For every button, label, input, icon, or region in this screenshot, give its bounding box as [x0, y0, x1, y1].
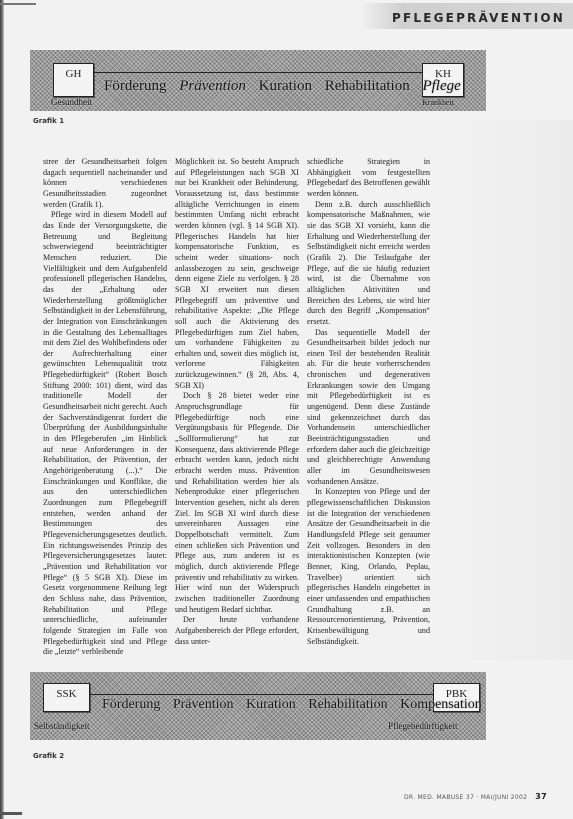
chain-item: Rehabilitation	[308, 697, 387, 712]
chain-item: Förderung	[102, 697, 160, 712]
chain-item: Pflege	[422, 78, 460, 94]
graphic-1-caption: Grafik 1	[33, 117, 64, 125]
paragraph: schiedliche Strategien in Abhängigkeit v…	[307, 157, 430, 200]
paragraph: In Konzepten von Pflege und der pflegewi…	[307, 487, 430, 647]
chain-item: Kuration	[246, 697, 296, 712]
chain-item: Kuration	[259, 78, 312, 94]
text-column-3: schiedliche Strategien in Abhängigkeit v…	[307, 157, 430, 647]
paragraph: Denn z.B. durch ausschließlich kompensat…	[307, 200, 430, 328]
chain-item: Prävention	[173, 697, 234, 712]
graphic-2-caption: Grafik 2	[33, 752, 64, 760]
paragraph: Pflege wird in diesem Modell auf das End…	[43, 210, 167, 658]
graphic-2-label-left: Selbständigkeit	[34, 721, 90, 731]
binding-edge-top-mark	[0, 3, 36, 5]
graphic-1-chain: Förderung Prävention Kuration Rehabilita…	[104, 78, 470, 95]
running-head: PFLEGEPRÄVENTION	[392, 11, 565, 25]
graphic-1-diagram: GH KH Förderung Prävention Kuration Reha…	[30, 50, 486, 111]
chain-item: Kompensation	[400, 697, 482, 712]
publication-info: DR. MED. MABUSE 37 · MAI/JUNI 2002	[404, 794, 527, 801]
binding-edge-bottom-mark	[0, 812, 22, 815]
graphic-1-label-right: Krankheit	[422, 98, 454, 107]
page-footer: DR. MED. MABUSE 37 · MAI/JUNI 200237	[404, 792, 547, 801]
text-column-1: stree der Gesundheitsarbeit folgen dagac…	[43, 157, 167, 658]
paragraph: Möglichkeit ist. So besteht Anspruch auf…	[175, 157, 299, 391]
paragraph: Doch § 28 bietet weder eine Anspruchsgru…	[175, 391, 299, 615]
graphic-1-label-left: Gesundheit	[51, 97, 92, 107]
graphic-1-box-gh: GH	[53, 63, 94, 97]
graphic-2-box-ssk: SSK	[43, 683, 90, 712]
chain-item: Förderung	[104, 78, 167, 94]
graphic-2-diagram: SSK PBK Förderung Prävention Kuration Re…	[30, 672, 486, 740]
paragraph: Der heute vorhandene Aufgabenbereich der…	[175, 615, 299, 647]
page-binding-edge	[0, 0, 4, 819]
chain-item: Rehabilitation	[325, 78, 410, 94]
graphic-1-connector-line	[93, 72, 422, 73]
graphic-2-label-right: Pflegebedürftigkeit	[388, 721, 457, 731]
chain-item: Prävention	[179, 78, 246, 94]
graphic-2-connector-line	[89, 694, 433, 695]
page-number: 37	[535, 792, 547, 801]
scan-shading	[433, 120, 573, 660]
graphic-2-chain: Förderung Prävention Kuration Rehabilita…	[102, 697, 491, 713]
paragraph: stree der Gesundheitsarbeit folgen dagac…	[43, 157, 167, 210]
text-column-2: Möglichkeit ist. So besteht Anspruch auf…	[175, 157, 299, 647]
paragraph: Das sequentielle Modell der Gesundheitsa…	[307, 328, 430, 488]
